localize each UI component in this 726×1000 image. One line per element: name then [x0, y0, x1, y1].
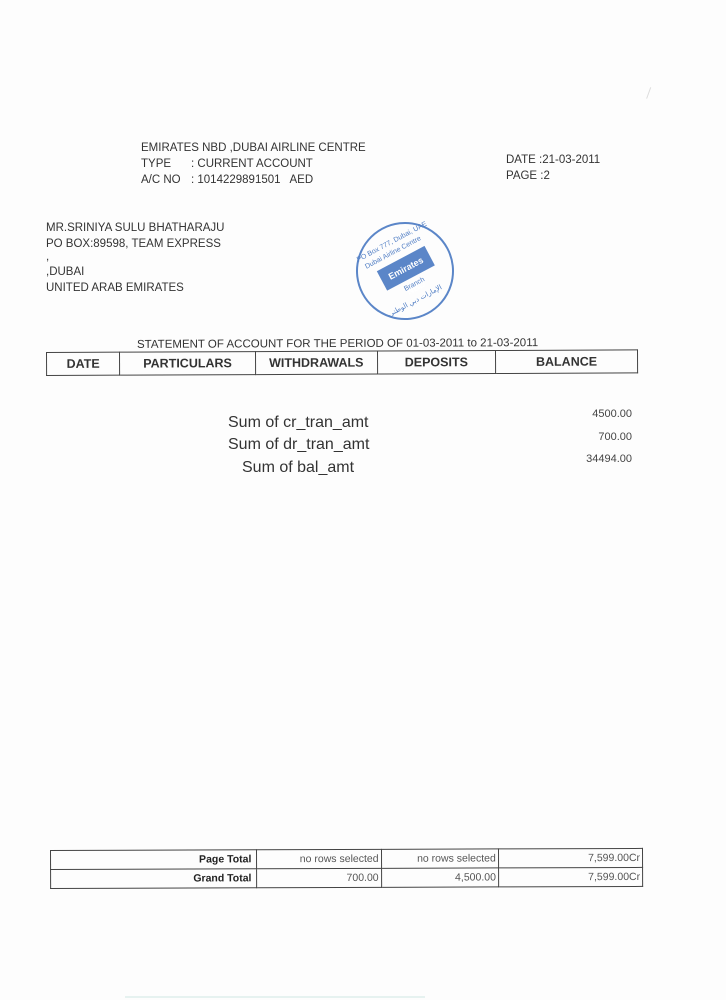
col-date: DATE: [47, 352, 120, 375]
page-total-row: Page Total no rows selected no rows sele…: [51, 848, 643, 869]
account-type: TYPE: CURRENT ACCOUNT: [141, 156, 366, 172]
statement-meta: DATE :21-03-2011 PAGE :2: [506, 152, 600, 184]
address-country: UNITED ARAB EMIRATES: [46, 280, 225, 296]
account-number: A/C NO: 1014229891501 AED: [141, 172, 366, 188]
bank-header: EMIRATES NBD ,DUBAI AIRLINE CENTRE TYPE:…: [141, 140, 366, 188]
bank-name: EMIRATES NBD ,DUBAI AIRLINE CENTRE: [141, 140, 366, 156]
address-line-2: ,: [46, 252, 225, 264]
customer-address: MR.SRINIYA SULU BHATHARAJU PO BOX:89598,…: [46, 220, 225, 296]
summary-cr-value: 4500.00: [552, 408, 632, 420]
totals-table: Page Total no rows selected no rows sele…: [50, 848, 643, 889]
col-withdrawals: WITHDRAWALS: [255, 351, 377, 375]
bank-stamp: PO Box 777, Dubai, UAE Dubai Airline Cen…: [339, 205, 472, 338]
col-deposits: DEPOSITS: [377, 351, 495, 375]
summary-bal-value: 34494.00: [552, 453, 632, 465]
col-particulars: PARTICULARS: [120, 352, 256, 376]
page-number: PAGE :2: [506, 168, 600, 184]
grand-total-row: Grand Total 700.00 4,500.00 7,599.00Cr: [51, 867, 643, 888]
pen-mark: [646, 87, 657, 101]
statement-column-headers: DATE PARTICULARS WITHDRAWALS DEPOSITS BA…: [46, 349, 638, 376]
summary-cr-label: Sum of cr_tran_amt: [228, 414, 369, 432]
summary-dr-value: 700.00: [552, 431, 632, 443]
customer-name: MR.SRINIYA SULU BHATHARAJU: [46, 220, 225, 236]
summary-dr-label: Sum of dr_tran_amt: [228, 436, 369, 454]
summary-bal-label: Sum of bal_amt: [242, 459, 354, 477]
col-balance: BALANCE: [495, 350, 637, 374]
address-line-1: PO BOX:89598, TEAM EXPRESS: [46, 236, 225, 252]
statement-date: DATE :21-03-2011: [506, 152, 600, 168]
address-city: ,DUBAI: [46, 264, 225, 280]
scan-artifact: [125, 996, 425, 998]
